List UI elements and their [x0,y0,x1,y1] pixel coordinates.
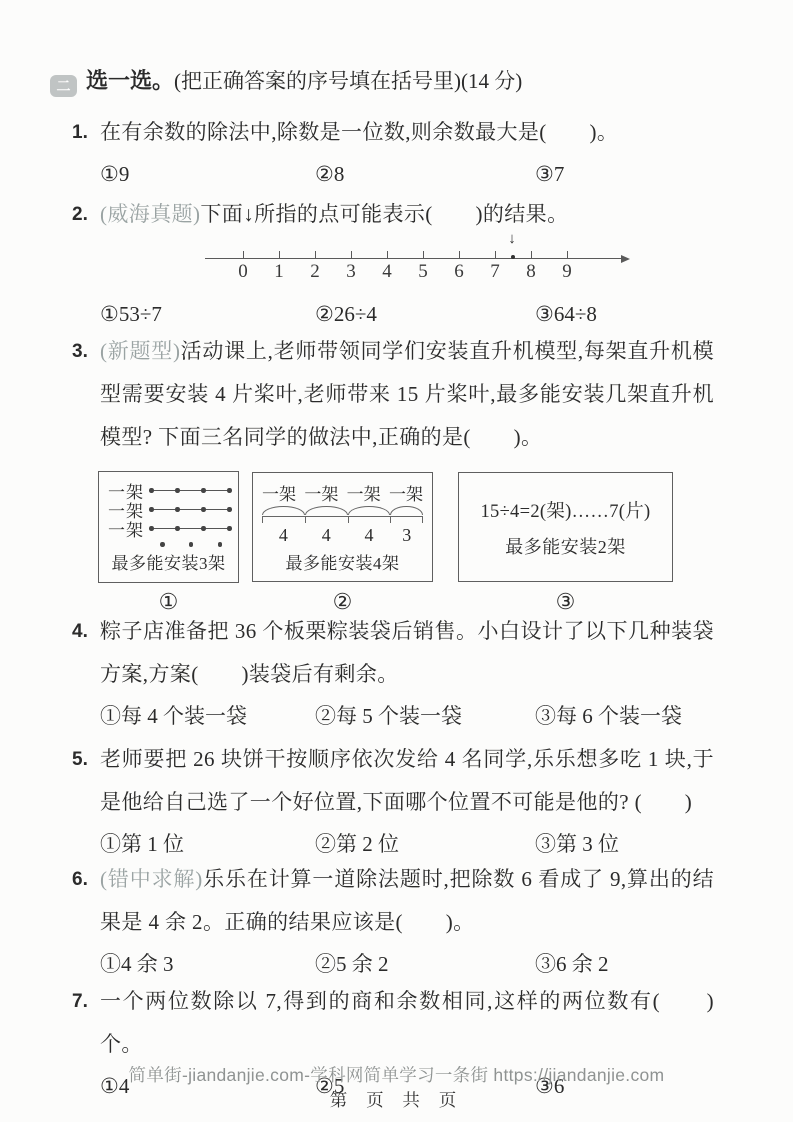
option-2: ②8 [315,156,535,192]
segment-ruler [262,516,423,523]
unit-label: 一架 [347,480,381,505]
segment-value: 4 [348,523,391,547]
tick [279,251,280,259]
segment-value: 4 [262,523,305,547]
tick-label: 4 [377,261,397,283]
loose-dots [160,542,222,547]
tick [315,251,316,259]
tick [351,251,352,259]
question-number: 3. [72,330,88,373]
option-1: ①4 余 3 [100,946,315,982]
dots-line [149,490,229,491]
question-text: 粽子店准备把 36 个板栗粽装袋后销售。小白设计了以下几种装袋方案,方案( )装… [100,610,714,696]
section-subtitle: (把正确答案的序号填在括号里)(14 分) [174,69,522,93]
dots-line [149,528,229,529]
dots-line [149,509,229,510]
unit-label: 一架 [262,480,296,505]
question-text-content: 老师要把 26 块饼干按顺序依次发给 4 名同学,乐乐想多吃 1 块,于是他给自… [100,747,714,814]
question-tag: (错中求解) [100,867,203,891]
options-row: ①第 1 位 ②第 2 位 ③第 3 位 [100,826,714,862]
tick [459,251,460,259]
question-text: (威海真题)下面↓所指的点可能表示( )的结果。 [100,193,714,236]
section-title: 选一选。 [86,68,174,93]
arc-icon [262,506,305,515]
option-2: ②5 余 2 [315,946,535,982]
option-2: ②第 2 位 [315,826,535,862]
options-row: ①9 ②8 ③7 [100,156,714,192]
option-3: ③第 3 位 [535,826,714,862]
option-3: ③每 6 个装一袋 [535,698,714,734]
segment-value: 3 [390,523,423,547]
arc-icon [348,506,391,515]
option-1: ①第 1 位 [100,826,315,862]
footer-watermark: 简单街-jiandanjie.com-学科网简单学习一条街 https://ji… [0,1062,793,1087]
pointer-arrow-icon: ↓ [504,231,520,247]
worksheet-page: 二选一选。(把正确答案的序号填在括号里)(14 分) 1. 在有余数的除法中,除… [0,0,793,1122]
question-text-content: 粽子店准备把 36 个板栗粽装袋后销售。小白设计了以下几种装袋方案,方案( )装… [100,619,714,686]
question-text-content: 一个两位数除以 7,得到的商和余数相同,这样的两位数有( )个。 [100,989,714,1056]
number-line-arrowhead-icon [621,255,630,263]
tick-label: 5 [413,261,433,283]
option-3: ③6 余 2 [535,946,714,982]
question-number: 1. [72,111,88,154]
number-line-axis [205,258,623,259]
box-caption: 最多能安装4架 [262,549,423,574]
question-2: 2. (威海真题)下面↓所指的点可能表示( )的结果。 0 1 2 3 4 5 … [0,193,793,332]
question-text-content: 下面↓所指的点可能表示( )的结果。 [200,202,568,226]
question-text-content: 在有余数的除法中,除数是一位数,则余数最大是( )。 [100,120,618,144]
question-5: 5. 老师要把 26 块饼干按顺序依次发给 4 名同学,乐乐想多吃 1 块,于是… [0,738,793,862]
tick-label: 9 [557,261,577,283]
segment-values: 4 4 4 3 [262,523,423,547]
tick-label: 1 [269,261,289,283]
option-1: ①9 [100,156,315,192]
question-number: 7. [72,980,88,1023]
tick [423,251,424,259]
pointer-dot [511,255,515,259]
box-caption: 最多能安装2架 [459,533,672,559]
tick-label: 8 [521,261,541,283]
tick-label: 2 [305,261,325,283]
option-2: ②每 5 个装一袋 [315,698,535,734]
unit-labels: 一架 一架 一架 一架 [262,480,423,505]
question-1: 1. 在有余数的除法中,除数是一位数,则余数最大是( )。 ①9 ②8 ③7 [0,111,793,192]
option-1: ①每 4 个装一袋 [100,698,315,734]
dots-row: 一架 [108,519,229,538]
row-label: 一架 [108,516,145,541]
page-footer: 第 页 共 页 [0,1087,793,1112]
question-3: 3. (新题型)活动课上,老师带领同学们安装直升机模型,每架直升机模型需要安装 … [0,330,793,615]
option-2: ②26÷4 [315,296,535,332]
section-header: 二选一选。(把正确答案的序号填在括号里)(14 分) [50,64,753,98]
question-4: 4. 粽子店准备把 36 个板栗粽装袋后销售。小白设计了以下几种装袋方案,方案(… [0,610,793,734]
question-text: 在有余数的除法中,除数是一位数,则余数最大是( )。 [100,111,714,154]
arcs [262,506,423,516]
section-number-badge: 二 [50,75,77,97]
tick [531,251,532,259]
question-number: 2. [72,193,88,236]
options-row: ①4 余 3 ②5 余 2 ③6 余 2 [100,946,714,982]
tick-label: 3 [341,261,361,283]
question-tag: (新题型) [100,339,180,363]
arc-icon [390,506,423,515]
option-3: ③64÷8 [535,296,714,332]
question-number: 4. [72,610,88,653]
tick [387,251,388,259]
tick-label: 0 [233,261,253,283]
number-line: 0 1 2 3 4 5 6 7 8 9 ↓ [205,238,645,294]
box-caption: 最多能安装3架 [108,549,229,574]
question-number: 6. [72,858,88,901]
question-text: (错中求解)乐乐在计算一道除法题时,把除数 6 看成了 9,算出的结果是 4 余… [100,858,714,944]
options-row: ①每 4 个装一袋 ②每 5 个装一袋 ③每 6 个装一袋 [100,698,714,734]
unit-label: 一架 [389,480,423,505]
question-text: 老师要把 26 块饼干按顺序依次发给 4 名同学,乐乐想多吃 1 块,于是他给自… [100,738,714,824]
question-tag: (威海真题) [100,202,200,226]
tick-label: 7 [485,261,505,283]
tick [495,251,496,259]
method-boxes: 一架 一架 一架 最多能安装3架 一架 一架 一架 [98,471,793,583]
tick [243,251,244,259]
arc-icon [305,506,348,515]
method-box-2: 一架 一架 一架 一架 4 4 4 3 [252,472,433,582]
question-text-content: 活动课上,老师带领同学们安装直升机模型,每架直升机模型需要安装 4 片桨叶,老师… [100,339,714,449]
tick-label: 6 [449,261,469,283]
method-box-3: 15÷4=2(架)……7(片) 最多能安装2架 [458,472,673,582]
option-1: ①53÷7 [100,296,315,332]
option-3: ③7 [535,156,714,192]
method-box-1: 一架 一架 一架 最多能安装3架 [98,471,239,583]
question-text: (新题型)活动课上,老师带领同学们安装直升机模型,每架直升机模型需要安装 4 片… [100,330,714,459]
options-row: ①53÷7 ②26÷4 ③64÷8 [100,296,714,332]
question-text: 一个两位数除以 7,得到的商和余数相同,这样的两位数有( )个。 [100,980,714,1066]
formula-text: 15÷4=2(架)……7(片) [459,497,672,523]
question-number: 5. [72,738,88,781]
question-6: 6. (错中求解)乐乐在计算一道除法题时,把除数 6 看成了 9,算出的结果是 … [0,858,793,982]
tick [567,251,568,259]
segment-value: 4 [305,523,348,547]
unit-label: 一架 [304,480,338,505]
